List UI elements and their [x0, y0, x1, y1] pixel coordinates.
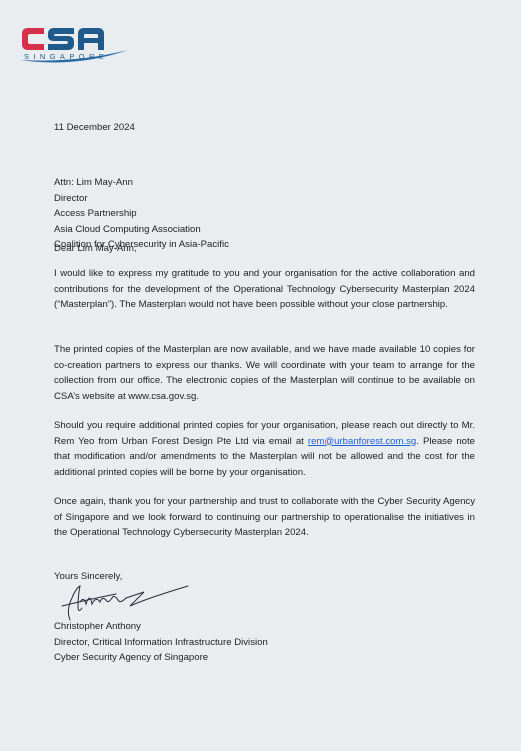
recipient-title: Director: [54, 191, 475, 207]
recipient-org-1: Access Partnership: [54, 206, 475, 222]
email-link[interactable]: rem@urbanforest.com.sg: [308, 436, 416, 447]
salutation: Dear Lim May-Ann,: [54, 241, 475, 257]
handwritten-signature: [56, 580, 206, 622]
paragraph-closing-thanks: Once again, thank you for your partnersh…: [54, 494, 475, 541]
signatory-organisation: Cyber Security Agency of Singapore: [54, 650, 475, 666]
signatory-name: Christopher Anthony: [54, 619, 475, 635]
recipient-attn: Attn: Lim May-Ann: [54, 175, 475, 191]
csa-singapore-logo: SINGAPORE: [16, 20, 134, 66]
paragraph-gratitude: I would like to express my gratitude to …: [54, 266, 475, 313]
signatory-title: Director, Critical Information Infrastru…: [54, 635, 475, 651]
signature-block: Christopher Anthony Director, Critical I…: [54, 619, 475, 666]
recipient-org-2: Asia Cloud Computing Association: [54, 222, 475, 238]
letter-date: 11 December 2024: [54, 120, 475, 136]
svg-text:SINGAPORE: SINGAPORE: [24, 52, 108, 61]
paragraph-printed-copies: The printed copies of the Masterplan are…: [54, 342, 475, 404]
letter-page: SINGAPORE 11 December 2024 Attn: Lim May…: [0, 0, 521, 751]
paragraph-additional-copies: Should you require additional printed co…: [54, 418, 475, 480]
